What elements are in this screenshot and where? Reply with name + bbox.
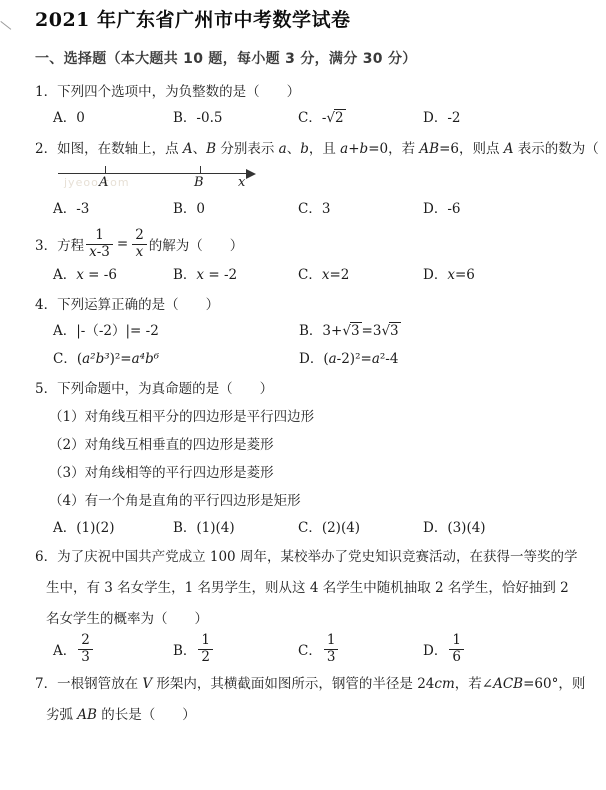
fraction-numerator: 2: [132, 228, 147, 243]
q1-option-b: B．-0.5: [173, 109, 298, 128]
fraction-denominator: 6: [449, 649, 464, 665]
q5-item-4: （4）有一个角是直角的平行四边形是矩形: [35, 492, 590, 511]
option-label: A．: [53, 267, 76, 283]
q5-option-c: C．(2)(4): [298, 519, 423, 538]
q2-text: 表示的数为（ ）: [514, 141, 606, 157]
q2-text: 、: [287, 141, 301, 157]
q1-option-a: A．0: [53, 109, 173, 128]
q4-option-a: A．|-（-2）|= -2: [53, 322, 299, 341]
q3-option-c: C．x=2: [298, 266, 423, 285]
q7-text: 的长是（ ）: [97, 707, 196, 723]
question-5-options: A．(1)(2) B．(1)(4) C．(2)(4) D．(3)(4): [35, 519, 590, 538]
q5-option-d: D．(3)(4): [423, 519, 590, 538]
sqrt-radical: √3: [342, 323, 361, 339]
q2-option-b: B．0: [173, 200, 298, 219]
option-mid: =3: [362, 323, 382, 339]
option-value: = -2: [204, 267, 237, 283]
q5-item-1: （1）对角线互相平分的四边形是平行四边形: [35, 408, 590, 427]
q5-item-2: （2）对角线互相垂直的四边形是菱形: [35, 436, 590, 455]
question-3-options: A．x = -6 B．x = -2 C．x=2 D．x=6: [35, 266, 590, 285]
option-label: B．3+: [299, 323, 342, 339]
q2-option-c: C．3: [298, 200, 423, 219]
q7-var-V: V: [142, 676, 152, 692]
q7-angle-symbol: ，若∠: [455, 676, 493, 692]
q1-option-c: C．-√2: [298, 109, 423, 128]
q3-den-rest: -3: [97, 244, 110, 260]
fraction-numerator: 1: [198, 633, 213, 648]
question-2-stem: 2．如图，在数轴上，点 A、B 分别表示 a、b，且 a+b=0，若 AB=6，…: [35, 140, 590, 159]
q3-text-post: 的解为（ ）: [149, 234, 244, 254]
q5-item-3: （3）对角线相等的平行四边形是菱形: [35, 464, 590, 483]
fraction: 13: [324, 633, 339, 664]
axis-x-label: x: [238, 175, 245, 191]
tick-mark-b: [200, 166, 201, 174]
q6-option-b: B．12: [173, 633, 298, 665]
q1-option-c-prefix: C．-: [298, 110, 326, 126]
fraction: 23: [78, 633, 93, 664]
q2-option-d: D．-6: [423, 200, 590, 219]
exam-content: 2021 年广东省广州市中考数学试卷 一、选择题（本大题共 10 题，每小题 3…: [35, 8, 590, 725]
question-6-line1: 6．为了庆祝中国共产党成立 100 周年，某校举办了党史知识竞赛活动，在获得一等…: [35, 548, 590, 567]
fraction: 12: [198, 633, 213, 664]
q7-text: 7．一根钢管放在: [35, 676, 142, 692]
q2-var-A: A: [183, 141, 193, 157]
option-mid: )²=: [110, 351, 132, 367]
q6-option-a: A．23: [53, 633, 173, 665]
q2-text: 2．如图，在数轴上，点: [35, 141, 183, 157]
fraction-right: 2x: [132, 228, 147, 259]
option-label: B．: [173, 267, 196, 283]
q3-text-pre: 3．方程: [35, 234, 84, 254]
question-7-line1: 7．一根钢管放在 V 形架内，其横截面如图所示，钢管的半径是 24cm，若∠AC…: [35, 675, 590, 694]
q2-text: ，且: [309, 141, 340, 157]
equals-sign: =: [117, 236, 128, 252]
q2-text: 分别表示: [216, 141, 279, 157]
q2-option-a: A．-3: [53, 200, 173, 219]
expr-a2b3: a²b³: [82, 351, 110, 367]
question-4-stem: 4．下列运算正确的是（ ）: [35, 296, 590, 315]
option-value: = -6: [84, 267, 117, 283]
question-1-stem: 1．下列四个选项中，为负整数的是（ ）: [35, 83, 590, 102]
q2-expr-ab: a+b: [340, 141, 368, 157]
q1-option-d: D．-2: [423, 109, 590, 128]
option-label: D．: [423, 639, 447, 659]
option-value: =6: [455, 267, 475, 283]
q4-option-c: C．(a²b³)²=a⁴b⁶: [53, 350, 299, 369]
axis-arrow-icon: [246, 169, 256, 179]
fraction-denominator: 3: [78, 649, 93, 665]
option-value: =2: [329, 267, 349, 283]
option-label: A．: [53, 639, 76, 659]
q7-text: 劣弧: [46, 707, 77, 723]
fraction-denominator: x-3: [86, 244, 113, 260]
question-6-line3: 名女学生的概率为（ ）: [35, 610, 590, 629]
q2-text: =6，则点: [439, 141, 504, 157]
point-b-label: B: [194, 175, 204, 191]
option-label: B．: [173, 639, 196, 659]
q3-option-a: A．x = -6: [53, 266, 173, 285]
q7-text: 形架内，其横截面如图所示，钢管的半径是 24: [152, 676, 434, 692]
q3-option-d: D．x=6: [423, 266, 590, 285]
number-line-axis: [58, 173, 250, 174]
q7-text: =60°，则: [523, 676, 585, 692]
q5-option-a: A．(1)(2): [53, 519, 173, 538]
question-2-options: A．-3 B．0 C．3 D．-6: [35, 200, 590, 219]
var-x: x: [76, 267, 84, 283]
var-a: a: [329, 351, 337, 367]
q3-var-x: x: [89, 244, 97, 260]
fraction-numerator: 1: [324, 633, 339, 648]
sqrt-radical: √2: [326, 110, 345, 126]
q7-var-AB: AB: [77, 707, 97, 723]
q2-var-A: A: [504, 141, 514, 157]
fraction-numerator: 1: [449, 633, 464, 648]
question-6-options: A．23 B．12 C．13 D．16: [35, 633, 590, 665]
expr-a4b6: a⁴b⁶: [132, 351, 160, 367]
var-x: x: [196, 267, 204, 283]
number-line-figure: jyeoo.com A B x: [58, 165, 318, 195]
question-7-line2: 劣弧 AB 的长是（ ）: [35, 706, 590, 725]
radicand: 3: [389, 322, 401, 339]
fraction-denominator: 3: [324, 649, 339, 665]
q7-unit-cm: cm: [434, 676, 454, 692]
fraction-left: 1x-3: [86, 228, 113, 259]
fraction: 16: [449, 633, 464, 664]
q4-option-b: B．3+√3=3√3: [299, 322, 590, 341]
q6-option-d: D．16: [423, 633, 590, 665]
watermark: jyeoo.com: [64, 176, 130, 189]
question-5-stem: 5．下列命题中，为真命题的是（ ）: [35, 380, 590, 399]
q2-text: 、: [193, 141, 207, 157]
question-6-line2: 生中，有 3 名女学生，1 名男学生，则从这 4 名学生中随机抽取 2 名学生，…: [35, 579, 590, 598]
point-a-label: A: [99, 175, 108, 191]
option-label: C．(: [53, 351, 82, 367]
var-a: a: [372, 351, 380, 367]
question-4-options-row2: C．(a²b³)²=a⁴b⁶ D．(a-2)²=a²-4: [35, 350, 590, 369]
tick-mark-a: [105, 166, 106, 174]
option-mid: -2)²=: [337, 351, 372, 367]
radicand: 3: [350, 322, 362, 339]
fraction-numerator: 2: [78, 633, 93, 648]
q2-var-b: b: [300, 141, 309, 157]
question-1-options: A．0 B．-0.5 C．-√2 D．-2: [35, 109, 590, 128]
stray-cursor-mark: [0, 21, 11, 30]
q7-var-ACB: ACB: [493, 676, 523, 692]
var-x: x: [447, 267, 455, 283]
option-label: C．: [298, 639, 322, 659]
q2-text: =0，若: [368, 141, 419, 157]
fraction-numerator: 1: [86, 228, 113, 243]
fraction-denominator: x: [132, 244, 147, 260]
page-title: 2021 年广东省广州市中考数学试卷: [35, 8, 590, 32]
option-label: D．: [423, 267, 447, 283]
q2-var-AB: AB: [419, 141, 439, 157]
question-4-options-row1: A．|-（-2）|= -2 B．3+√3=3√3: [35, 322, 590, 341]
q3-option-b: B．x = -2: [173, 266, 298, 285]
question-3-stem: 3．方程1x-3=2x的解为（ ）: [35, 227, 590, 261]
q4-option-d: D．(a-2)²=a²-4: [299, 350, 590, 369]
q6-option-c: C．13: [298, 633, 423, 665]
q5-option-b: B．(1)(4): [173, 519, 298, 538]
q2-var-a: a: [279, 141, 287, 157]
radicand: 2: [334, 109, 346, 126]
option-label: D．(: [299, 351, 329, 367]
section-heading: 一、选择题（本大题共 10 题，每小题 3 分，满分 30 分）: [35, 50, 590, 69]
q2-var-B: B: [206, 141, 216, 157]
sqrt-radical: √3: [381, 323, 400, 339]
option-rest: ²-4: [380, 351, 399, 367]
fraction-denominator: 2: [198, 649, 213, 665]
option-label: C．: [298, 267, 322, 283]
exam-page: 2021 年广东省广州市中考数学试卷 一、选择题（本大题共 10 题，每小题 3…: [0, 0, 606, 790]
